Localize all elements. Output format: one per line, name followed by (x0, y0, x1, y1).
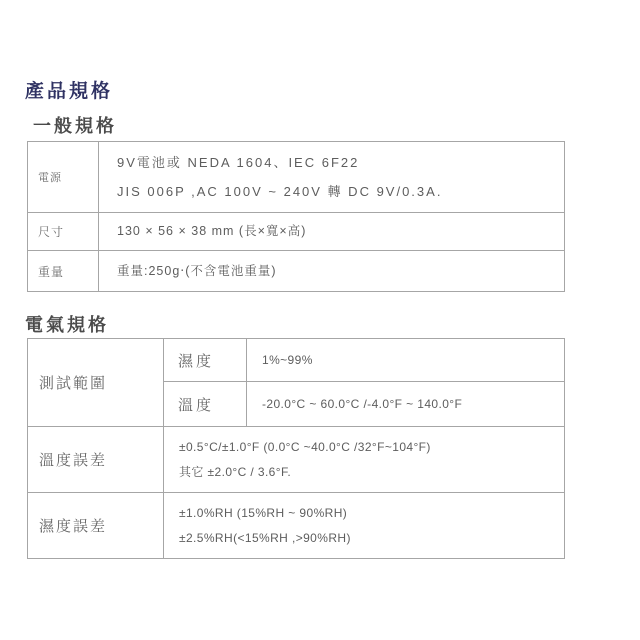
power-spec-line-2: JIS 006P ,AC 100V ~ 240V 轉 DC 9V/0.3A. (117, 177, 564, 206)
spec-row-weight: 重量 重量:250g‧(不含電池重量) (28, 251, 565, 292)
weight-value: 重量:250g‧(不含電池重量) (99, 251, 565, 292)
humidity-error-value: ±1.0%RH (15%RH ~ 90%RH) ±2.5%RH(<15%RH ,… (164, 493, 565, 559)
general-specs-table: 電源 9V電池或 NEDA 1604、IEC 6F22 JIS 006P ,AC… (27, 141, 565, 292)
spec-row-humidity-error: 濕度誤差 ±1.0%RH (15%RH ~ 90%RH) ±2.5%RH(<15… (28, 493, 565, 559)
power-label: 電源 (28, 142, 99, 213)
power-spec-line-1: 9V電池或 NEDA 1604、IEC 6F22 (117, 148, 564, 177)
size-label: 尺寸 (28, 213, 99, 251)
weight-spec-line: 重量:250g‧(不含電池重量) (117, 257, 564, 286)
electrical-specs-table: 測試範圍 濕度 1%~99% 溫度 -20.0°C ~ 60.0°C /-4.0… (27, 338, 565, 559)
humidity-range-value: 1%~99% (247, 339, 565, 382)
humidity-error-line-2: ±2.5%RH(<15%RH ,>90%RH) (179, 526, 564, 551)
spec-row-size: 尺寸 130 × 56 × 38 mm (長×寬×高) (28, 213, 565, 251)
electrical-specs-heading: 電氣規格 (25, 311, 109, 337)
temperature-sub-label: 溫度 (164, 382, 247, 427)
humidity-sub-label: 濕度 (164, 339, 247, 382)
weight-label: 重量 (28, 251, 99, 292)
temperature-error-line-1: ±0.5°C/±1.0°F (0.0°C ~40.0°C /32°F~104°F… (179, 435, 564, 460)
temperature-error-value: ±0.5°C/±1.0°F (0.0°C ~40.0°C /32°F~104°F… (164, 427, 565, 493)
size-value: 130 × 56 × 38 mm (長×寬×高) (99, 213, 565, 251)
spec-row-temperature-error: 溫度誤差 ±0.5°C/±1.0°F (0.0°C ~40.0°C /32°F~… (28, 427, 565, 493)
temperature-range-value: -20.0°C ~ 60.0°C /-4.0°F ~ 140.0°F (247, 382, 565, 427)
temperature-error-label: 溫度誤差 (28, 427, 164, 493)
temperature-error-line-2: 其它 ±2.0°C / 3.6°F. (179, 460, 564, 485)
spec-row-power: 電源 9V電池或 NEDA 1604、IEC 6F22 JIS 006P ,AC… (28, 142, 565, 213)
test-range-label: 測試範圍 (28, 339, 164, 427)
power-value: 9V電池或 NEDA 1604、IEC 6F22 JIS 006P ,AC 10… (99, 142, 565, 213)
product-spec-page: 產品規格 一般規格 電源 9V電池或 NEDA 1604、IEC 6F22 JI… (0, 0, 640, 640)
size-spec-line: 130 × 56 × 38 mm (長×寬×高) (117, 217, 564, 246)
spec-row-test-range-humidity: 測試範圍 濕度 1%~99% (28, 339, 565, 382)
general-specs-heading: 一般規格 (33, 112, 117, 138)
page-title: 產品規格 (25, 76, 113, 103)
humidity-error-label: 濕度誤差 (28, 493, 164, 559)
humidity-error-line-1: ±1.0%RH (15%RH ~ 90%RH) (179, 501, 564, 526)
